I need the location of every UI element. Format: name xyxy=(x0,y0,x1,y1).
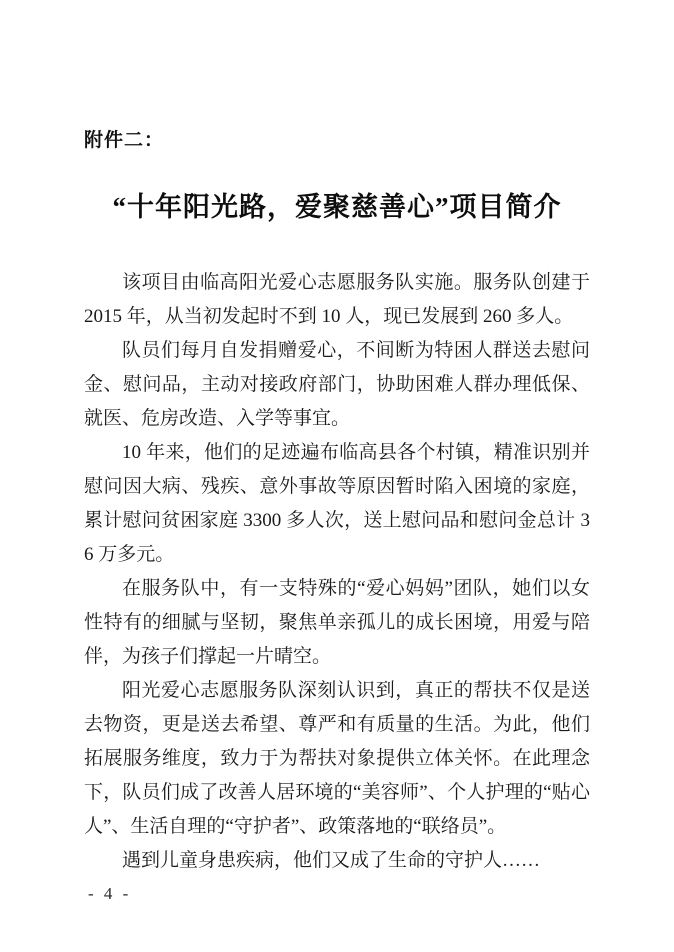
page-number: - 4 - xyxy=(88,884,131,904)
paragraph: 遇到儿童身患疾病，他们又成了生命的守护人…… xyxy=(84,844,590,878)
paragraph: 该项目由临高阳光爱心志愿服务队实施。服务队创建于 2015 年，从当初发起时不到… xyxy=(84,266,590,334)
paragraph: 10 年来，他们的足迹遍布临高县各个村镇，精准识别并慰问因大病、残疾、意外事故等… xyxy=(84,436,590,572)
paragraph: 阳光爱心志愿服务队深刻认识到，真正的帮扶不仅是送去物资，更是送去希望、尊严和有质… xyxy=(84,674,590,844)
attachment-label: 附件二： xyxy=(84,130,590,152)
paragraph: 在服务队中，有一支特殊的“爱心妈妈”团队，她们以女性特有的细腻与坚韧，聚焦单亲孤… xyxy=(84,572,590,674)
document-page: 附件二： “十年阳光路，爱聚慈善心”项目简介 该项目由临高阳光爱心志愿服务队实施… xyxy=(0,0,674,952)
document-body: 该项目由临高阳光爱心志愿服务队实施。服务队创建于 2015 年，从当初发起时不到… xyxy=(84,266,590,878)
document-title: “十年阳光路，爱聚慈善心”项目简介 xyxy=(84,190,590,224)
paragraph: 队员们每月自发捐赠爱心，不间断为特困人群送去慰问金、慰问品，主动对接政府部门，协… xyxy=(84,334,590,436)
